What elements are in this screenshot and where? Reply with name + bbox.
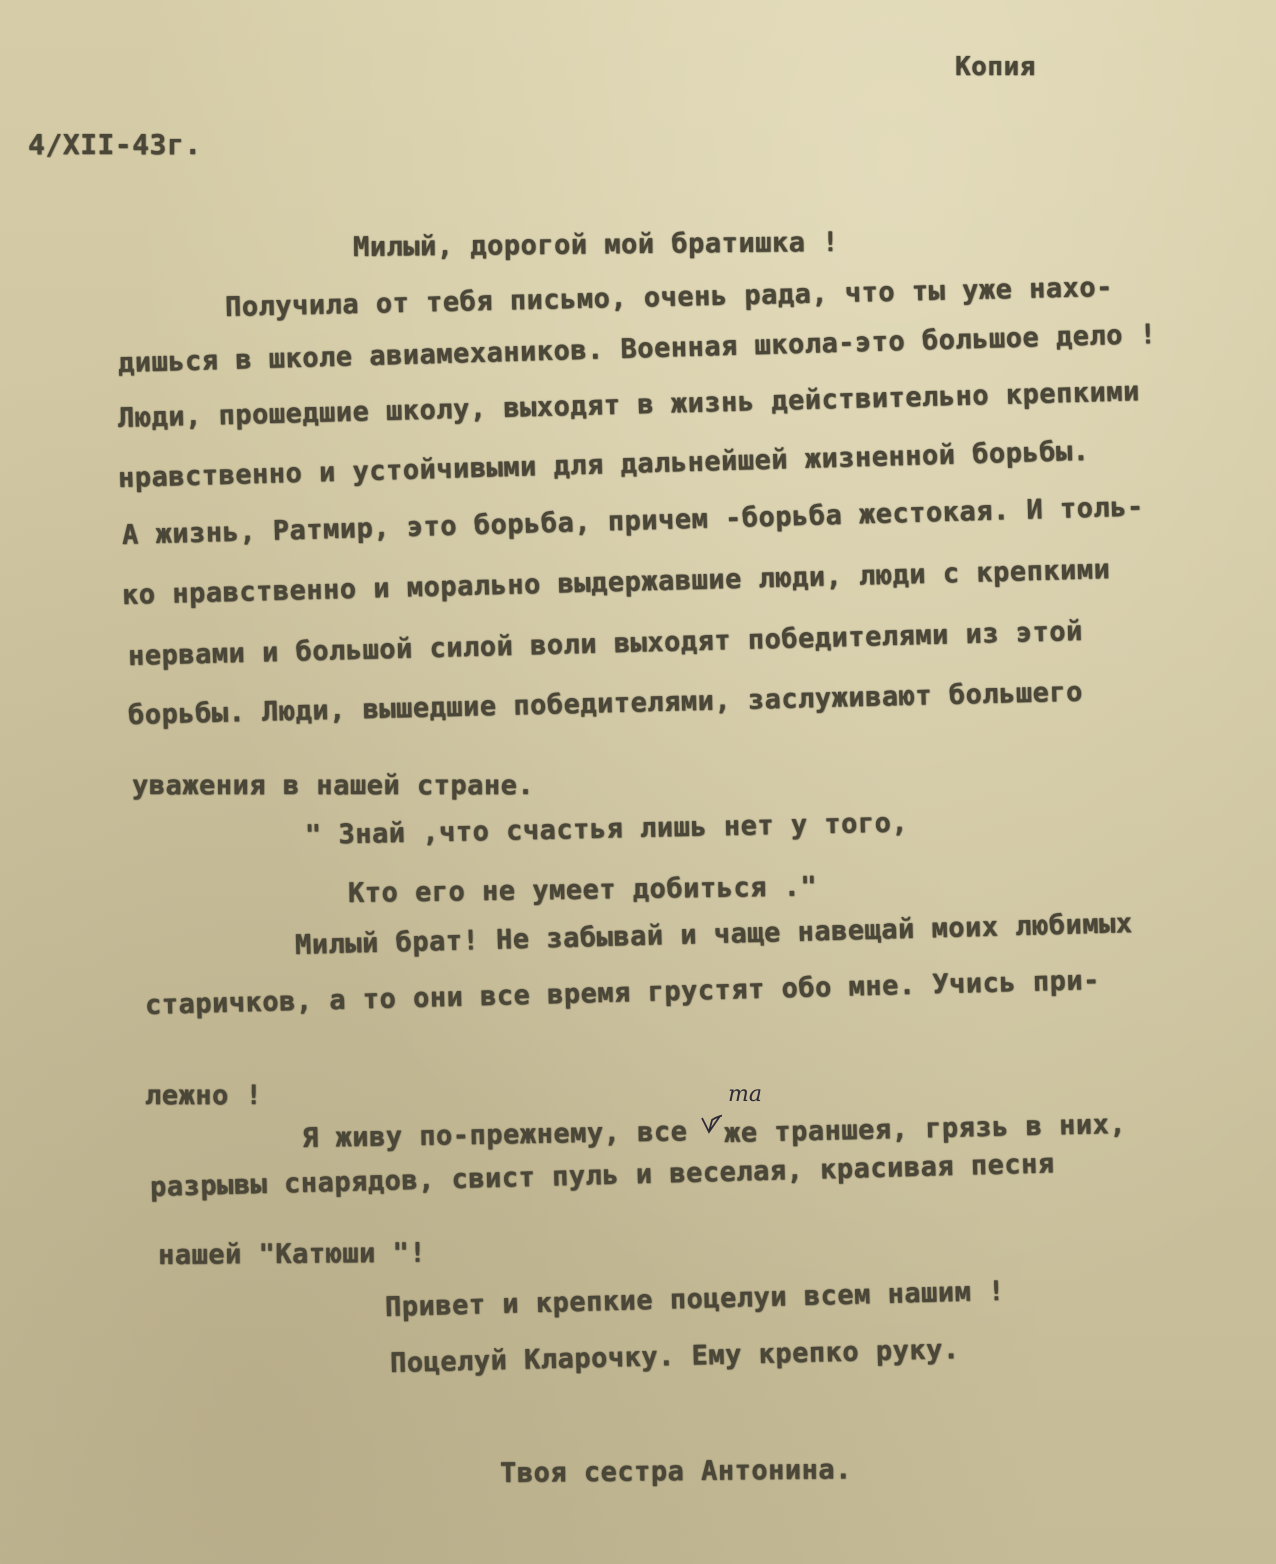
closing-line: Привет и крепкие поцелуи всем нашим !	[385, 1276, 1006, 1323]
text-line: ко нравственно и морально выдержавшие лю…	[122, 554, 1111, 611]
signature: Твоя сестра Антонина.	[500, 1454, 852, 1489]
letter-page: Копия 4/XII-43г. Милый, дорогой мой брат…	[0, 0, 1276, 1564]
letter-date: 4/XII-43г.	[28, 128, 202, 161]
insertion-caret-mark	[700, 1110, 722, 1140]
text-line: Милый брат! Не забывай и чаще навещай мо…	[295, 908, 1133, 961]
salutation: Милый, дорогой мой братишка !	[353, 227, 839, 263]
quote-line: " Знай ,что счастья лишь нет у того,	[305, 807, 909, 851]
quote-line: Кто его не умеет добиться ."	[348, 871, 818, 909]
copy-label: Копия	[955, 52, 1036, 82]
handwritten-correction: та	[728, 1082, 762, 1107]
text-line: дишься в школе авиамехаников. Военная шк…	[118, 319, 1157, 379]
text-line: лежно !	[145, 1080, 262, 1111]
text-line: А жизнь, Ратмир, это борьба, причем -бор…	[122, 491, 1145, 551]
text-line: Люди, прошедшие школу, выходят в жизнь д…	[118, 376, 1141, 434]
text-line: разрывы снарядов, свист пуль и веселая, …	[150, 1148, 1055, 1203]
text-line: Я живу по-прежнему, все	[302, 1116, 688, 1154]
text-line: нервами и большой силой воли выходят поб…	[128, 616, 1084, 672]
text-line: же траншея, грязь в них,	[724, 1109, 1127, 1149]
text-line: Получила от тебя письмо, очень рада, что…	[225, 272, 1114, 323]
text-line: нашей "Катюши "!	[158, 1238, 426, 1271]
text-line: нравственно и устойчивыми для дальнейшей…	[118, 436, 1090, 494]
text-line: уважения в нашей стране.	[132, 770, 534, 801]
closing-line: Поцелуй Кларочку. Ему крепко руку.	[390, 1334, 960, 1379]
text-line: борьбы. Люди, вышедшие победителями, зас…	[128, 677, 1084, 731]
text-line: старичков, а то они все время грустят об…	[145, 965, 1101, 1021]
